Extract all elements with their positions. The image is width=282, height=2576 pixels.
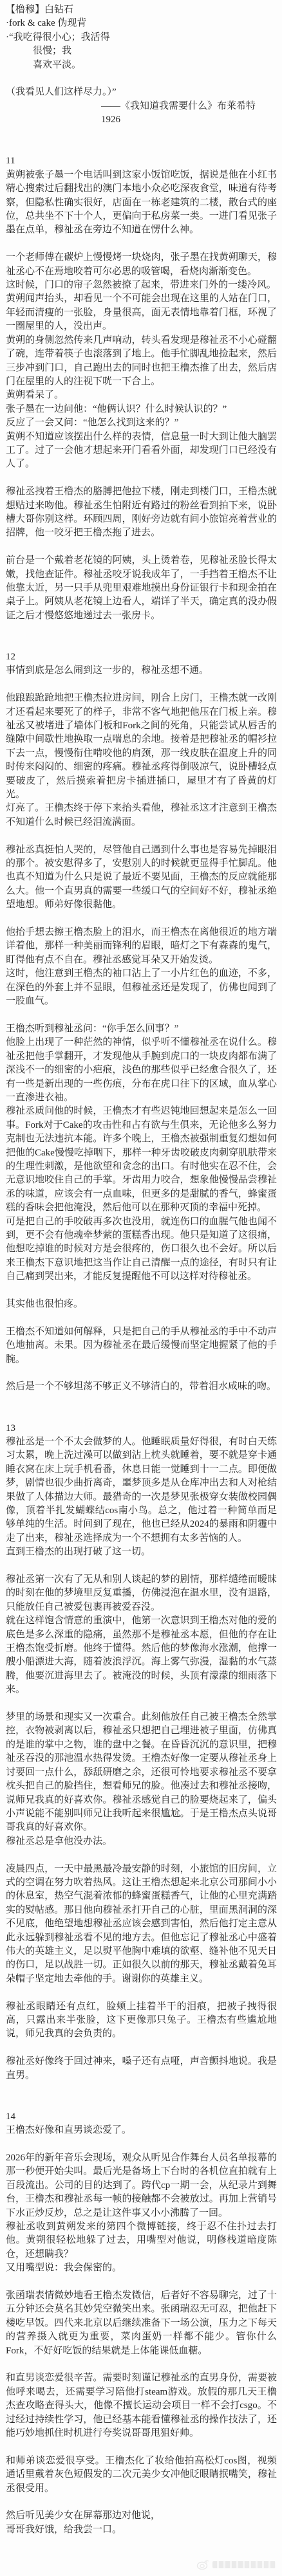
paragraph: 王橹杰听到穆祉丞问：“你手怎么回事？” xyxy=(6,1022,277,1036)
paragraph: 就在这样饱含情意的重演中，他第一次意识到王橹杰对他的爱的底色是多么深重的隐痛，虽… xyxy=(6,1614,277,1697)
paragraph: 穆祉丞第一次有了无从和别人谈起的梦的剧情，那样缱绻而暧昧的时刻在他的梦境里反复重… xyxy=(6,1573,277,1614)
post-title: 【橹穆】白钻石 xyxy=(6,3,277,17)
spacer xyxy=(6,1986,277,2000)
spacer xyxy=(6,2096,277,2110)
paragraph: 穆祉丞拽着王橹杰的胳膊把他拉下楼，刚走到楼门口，王橹杰就想贴过来吻他。穆祉丞生怕… xyxy=(6,485,277,540)
epigraph-line: （我看见人们这样尽力。）” xyxy=(6,86,277,99)
spacer xyxy=(6,72,277,86)
spacer xyxy=(6,2138,277,2151)
watermark xyxy=(196,2559,276,2570)
paragraph: 梦里的场景和现实又一次重合。此刻他放任自己被王橹杰全然掌控，衣物被剥离以后，穆祉… xyxy=(6,1711,277,1835)
section-number: 12 xyxy=(6,650,277,664)
paragraph: 他踉踉跄跄地把王橹杰拉进房间，刚合上房门，王橹杰就一改刚才还看起来要死了的样子，… xyxy=(6,692,277,802)
watermark-text xyxy=(212,2561,276,2568)
paragraph: 和师弟谈恋爱很享受。王橹杰化了妆给他拍高松灯cos图，视频通话里戴着灰色短假发的… xyxy=(6,2454,277,2496)
paragraph: 王橹杰不知道如何解释，只是把自己的手从穆祉丞的手中不动声色地抽离。未果。因为穆祉… xyxy=(6,1325,277,1366)
paragraph: 穆祉丞是一个不太会做梦的人。他睡眠质量好得很，有时白天练习太累，晚上洗过澡可以做… xyxy=(6,1435,277,1545)
spacer xyxy=(6,2041,277,2055)
spacer xyxy=(6,1697,277,1711)
spacer xyxy=(6,678,277,692)
paragraph: 然后是一个不够坦荡不够正义不够清白的，带着泪水咸味的吻。 xyxy=(6,1380,277,1394)
paragraph: 其实他也很怕疼。 xyxy=(6,1298,277,1311)
paragraph: 然后听见美少女在屏幕那边对他说， xyxy=(6,2509,277,2523)
paragraph: 穆祉丞真挺怕人哭的，尽管他自己遇到什么事也是容易先掉眼泪的那个。被安慰得多了，安… xyxy=(6,843,277,912)
paragraph: 穆祉丞眼睛还有点红，脸颊上挂着半干的泪痕，把被子拽得很高，只露出来半张脸，这下更… xyxy=(6,2000,277,2041)
paragraph: 黄朔不知道应该摆出什么样的表情，信息量一时大到让他大脑罢工了。过了一会他才想起来… xyxy=(6,430,277,472)
paragraph: 这时，他注意到王橹杰的袖口沾上了一小片红色的血迹，不多，在深色的外套上并不显眼，… xyxy=(6,967,277,1008)
epigraph-line: 很慢；我 xyxy=(6,44,277,58)
spacer xyxy=(6,127,277,141)
spacer xyxy=(6,2496,277,2509)
long-text-post-image: 【橹穆】白钻石·fork & cake 伪现背·“我吃得很小心；我活得很慢；我喜… xyxy=(0,0,282,2576)
spacer xyxy=(6,2440,277,2454)
paragraph: 黄朔的身侧忽然传来几声响动，转头看发现是穆祉丞不小心碰翻了碗，连带着筷子也滚落到… xyxy=(6,334,277,389)
post-subtitle: ·fork & cake 伪现背 xyxy=(6,17,277,30)
spacer xyxy=(6,1848,277,1862)
spacer xyxy=(6,2358,277,2371)
spacer xyxy=(6,1559,277,1573)
paragraph: 直到王橹杰的出现打破了这一切。 xyxy=(6,1545,277,1559)
paragraph: 张子墨在一边问他：“他俩认识？什么时候认识的？” xyxy=(6,403,277,416)
paragraph: 事情到底是怎么闹到这一步的，穆祉丞想不通。 xyxy=(6,664,277,677)
paragraph: 他抬手想去擦王橹杰脸上的泪水，而王橹杰在离他很近的地方端详着他，那样一种美丽而锋… xyxy=(6,926,277,967)
paragraph: 张函瑞表情微妙地看王橹杰发微信，后者好不容易聊完，过了十五分钟还会莫名其妙凭空微… xyxy=(6,2289,277,2358)
paragraph: 和直男谈恋爱很辛苦。需要时刻谨记穆祉丞的直男身份，需要被他呼来喝去，还需要学习陪… xyxy=(6,2371,277,2440)
spacer xyxy=(6,141,277,154)
spacer xyxy=(6,1284,277,1298)
spacer xyxy=(6,540,277,554)
spacer xyxy=(6,2276,277,2289)
epigraph-line: 喜欢平淡。 xyxy=(6,59,277,72)
spacer xyxy=(6,623,277,636)
spacer xyxy=(6,1008,277,1022)
paragraph: 王橹杰好像和直男谈恋爱了。 xyxy=(6,2124,277,2137)
paragraph: 一个老师傅在碳炉上慢慢烤一块烧肉，张子墨在找黄朔聊天，穆祉丞心不在焉地咬着可尔必… xyxy=(6,251,277,279)
paragraph: 他脸上出现了一种茫然的神情，似乎听不懂穆祉丞在说什么。穆祉丞把他手掌翻开，才发现… xyxy=(6,1036,277,1105)
spacer xyxy=(6,912,277,926)
spacer xyxy=(6,1366,277,1380)
spacer xyxy=(6,2083,277,2096)
spacer xyxy=(6,1394,277,1408)
paragraph: 可是把自己的手咬破再多次也没用，就连伤口的血腥气他也闻不到，更不会有他魂牵梦萦的… xyxy=(6,1215,277,1284)
paragraph: 黄朔闻声抬头，却看见一个不可能会出现在这里的人站在门口，年轻而清瘦的一张脸，身量… xyxy=(6,292,277,333)
section-number: 13 xyxy=(6,1422,277,1435)
paragraph: 前台是一个戴着老花镜的阿姨，头上烫着卷，见穆祉丞脸长得太嫩，找他查证件。穆祉丞咬… xyxy=(6,554,277,623)
section-number: 11 xyxy=(6,154,277,168)
spacer xyxy=(6,237,277,251)
paragraph: 穆祉丞收到黄朔发来的第四个微博链接，终于忍不住扑过去打他。黄朔很轻松地躲了过去，… xyxy=(6,2220,277,2261)
paragraph: 又用嘴型说：我会保密的。 xyxy=(6,2261,277,2275)
section-number: 14 xyxy=(6,2110,277,2124)
paragraph: 黄朔被张子墨一个电话叫到这家小饭馆吃饭，据说是他在小红书精心搜索过后翻找出的澳门… xyxy=(6,169,277,237)
paragraph: 穆祉丞总是拿他没办法。 xyxy=(6,1835,277,1848)
paragraph: 凌晨四点，一天中最黑最冷最安静的时刻，小旅馆的旧房间，立式的空调在努力吹着热风。… xyxy=(6,1863,277,1987)
epigraph-line: ·“我吃得很小心；我活得 xyxy=(6,31,277,44)
epigraph-attribution: ——《我知道我需要什么》布莱希特 1926 xyxy=(6,100,277,127)
spacer xyxy=(6,637,277,650)
weibo-logo-icon xyxy=(196,2559,209,2570)
paragraph: 哥哥我好饿，给我尝一口。 xyxy=(6,2523,277,2537)
spacer xyxy=(6,472,277,485)
paragraph: 2026年的新年音乐会现场，观众从听见合作舞台人员名单报幕的那一秒便开始尖叫。最… xyxy=(6,2151,277,2220)
paragraph: 穆祉丞质问他的时候，王橹杰才有些迟钝地回想起来是怎么一回事。Fork对于Cake… xyxy=(6,1105,277,1215)
paragraph: 灯亮了。王橹杰终于停下来抬头看他，穆祉丞这才注意到王橹杰不知道什么时候已经泪流满… xyxy=(6,802,277,829)
post-body: 【橹穆】白钻石·fork & cake 伪现背·“我吃得很小心；我活得很慢；我喜… xyxy=(6,3,277,2537)
paragraph: 黄朔看呆了。 xyxy=(6,389,277,402)
spacer xyxy=(6,829,277,843)
spacer xyxy=(6,1408,277,1421)
paragraph: 这时候，门口的帘子忽然被撩了起来，带进来门外的一缕冷风。 xyxy=(6,279,277,292)
spacer xyxy=(6,1311,277,1325)
paragraph: 反应了一会又问：“他怎么找到这来的？” xyxy=(6,416,277,430)
paragraph: 穆祉丞好像终于回过神来，嗓子还有点哑，声音颤抖地说。我是直男。 xyxy=(6,2055,277,2083)
